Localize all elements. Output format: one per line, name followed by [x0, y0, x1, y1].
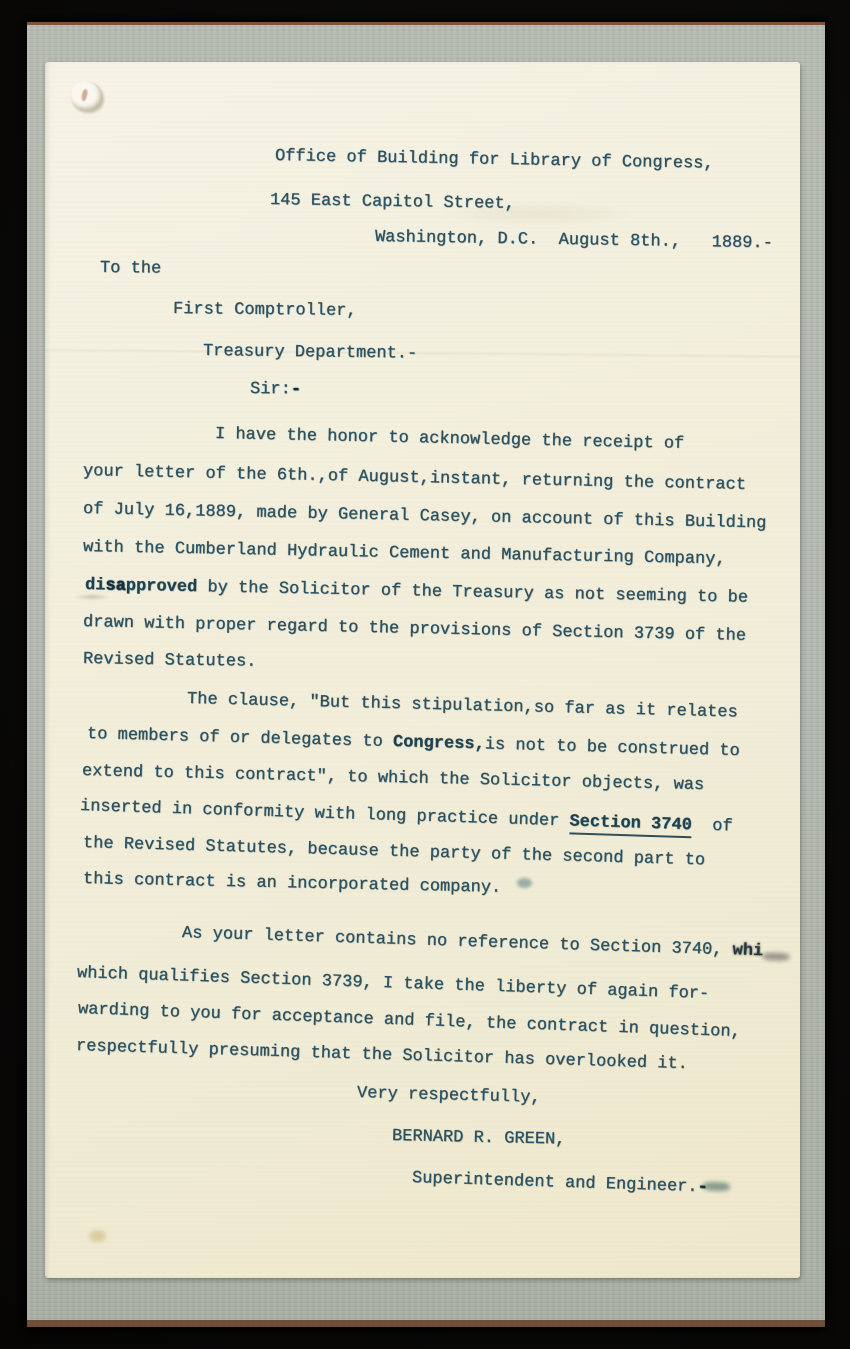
paragraph-1-line: your letter of the 6th.,of August,instan…: [83, 462, 746, 496]
letter-text: Washington, D.C. August 8th., 1889.-: [375, 228, 773, 253]
letter-text: whi: [732, 941, 763, 961]
letter-text: To the: [100, 259, 161, 279]
closing-line: Superintendent and Engineer.-: [412, 1169, 708, 1198]
paragraph-1-line: disapproved by the Solicitor of the Trea…: [85, 576, 748, 609]
closing-line: Very respectfully,: [357, 1084, 541, 1109]
paragraph-1-line: Revised Statutes.: [83, 650, 257, 673]
letter-text: is not to be construed to: [485, 735, 740, 761]
letter-text: Office of Building for Library of Congre…: [275, 147, 714, 174]
paragraph-2-line: to members of or delegates to Congress,i…: [87, 725, 740, 762]
letter-text: -: [291, 380, 301, 399]
letter-text: Superintendent and Engineer.: [412, 1169, 698, 1197]
letter-text: Revised Statutes.: [83, 650, 257, 672]
letter-text: I have the honor to acknowledge the rece…: [215, 425, 685, 454]
salutation-line: Sir:-: [250, 380, 301, 400]
paragraph-2-line: extend to this contract", to which the S…: [82, 762, 705, 796]
letter-text: of July 16,1889, made by General Casey, …: [83, 500, 767, 533]
paragraph-2-line: the Revised Statutes, because the party …: [83, 834, 706, 871]
letter-text: with the Cumberland Hydraulic Cement and…: [83, 538, 726, 569]
letter-text: extend to this contract", to which the S…: [82, 762, 705, 795]
letter-text: inserted in conformity with long practic…: [80, 797, 570, 831]
paragraph-1-line: of July 16,1889, made by General Casey, …: [83, 500, 767, 534]
paragraph-3-line: warding to you for acceptance and file, …: [78, 1000, 741, 1043]
letter-text: Very respectfully,: [357, 1084, 541, 1108]
letter-text: Congress,: [393, 733, 485, 754]
heading-line: Washington, D.C. August 8th., 1889.-: [375, 228, 773, 254]
paragraph-1-line: with the Cumberland Hydraulic Cement and…: [83, 538, 726, 570]
letter-text: Treasury Department.-: [203, 342, 417, 364]
closing-line: BERNARD R. GREEN,: [392, 1127, 566, 1151]
letter-text: by the Solicitor of the Treasury as not …: [197, 578, 748, 608]
letter-text: of: [692, 816, 733, 836]
letter-text: di: [85, 576, 106, 595]
letter-text: As your letter contains no reference to …: [182, 924, 733, 960]
paragraph-1-line: drawn with proper regard to the provisio…: [83, 613, 746, 647]
paragraph-2-line: The clause, "But this stipulation,so far…: [187, 690, 738, 723]
letter-text: the Revised Statutes, because the party …: [83, 834, 706, 870]
letter-text: 145 East Capitol Street,: [270, 191, 515, 214]
letter-text: drawn with proper regard to the provisio…: [83, 613, 746, 646]
letter-text: The clause, "But this stipulation,so far…: [187, 690, 738, 722]
letter-text: warding to you for acceptance and file, …: [78, 1000, 741, 1042]
letter-text: Sir:: [250, 380, 291, 399]
recipient-line: Treasury Department.-: [203, 342, 417, 365]
paragraph-2-line: this contract is an incorporated company…: [83, 870, 502, 899]
recipient-line: First Comptroller,: [173, 300, 357, 322]
letter-text: BERNARD R. GREEN,: [392, 1127, 566, 1150]
letter-text: sa: [105, 576, 126, 595]
paragraph-1-line: I have the honor to acknowledge the rece…: [215, 425, 685, 455]
heading-line: 145 East Capitol Street,: [270, 191, 515, 215]
letter-text: pproved: [126, 577, 198, 597]
recipient-line: To the: [100, 259, 161, 280]
paragraph-2-line: inserted in conformity with long practic…: [80, 797, 733, 837]
paragraph-3-line: As your letter contains no reference to …: [182, 924, 764, 962]
heading-line: Office of Building for Library of Congre…: [275, 147, 714, 175]
letter-text: your letter of the 6th.,of August,instan…: [83, 462, 746, 495]
letter-page: Office of Building for Library of Congre…: [45, 62, 800, 1278]
paragraph-3-line: which qualifies Section 3739, I take the…: [77, 964, 710, 1005]
letter-text: respectfully presuming that the Solicito…: [76, 1037, 688, 1074]
letter-content: Office of Building for Library of Congre…: [45, 62, 800, 1278]
letter-text: First Comptroller,: [173, 300, 357, 321]
photo-background: Office of Building for Library of Congre…: [0, 0, 850, 1349]
letter-text: this contract is an incorporated company…: [83, 870, 502, 898]
letter-text: Section 3740: [569, 812, 692, 838]
paragraph-3-line: respectfully presuming that the Solicito…: [76, 1037, 688, 1075]
backing-paper: Office of Building for Library of Congre…: [27, 22, 825, 1327]
letter-text: -: [697, 1178, 708, 1197]
letter-text: to members of or delegates to: [87, 725, 393, 752]
letter-text: which qualifies Section 3739, I take the…: [77, 964, 710, 1004]
